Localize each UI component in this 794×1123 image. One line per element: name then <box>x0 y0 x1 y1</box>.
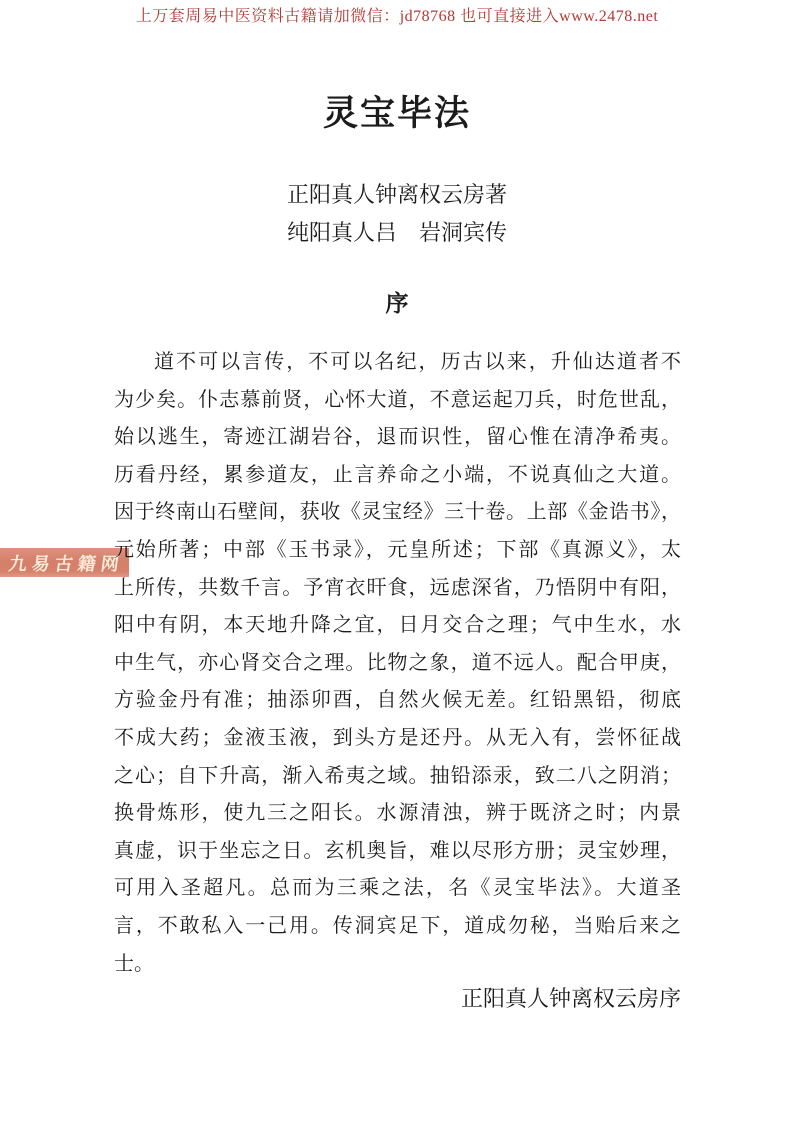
signature-line: 正阳真人钟离权云房序 <box>461 986 681 1012</box>
watermark-banner: 九易古籍网 <box>0 548 129 577</box>
body-text-line: 真虚，识于坐忘之日。玄机奥旨，难以尽形方册；灵宝妙理， <box>114 833 681 871</box>
body-text-line: 言，不敢私入一己用。传洞宾足下，道成勿秘，当贻后来之 <box>114 908 681 946</box>
byline-author: 正阳真人钟离权云房著 <box>0 182 794 208</box>
body-text-line: 为少矣。仆志慕前贤，心怀大道，不意运起刀兵，时危世乱， <box>114 382 681 420</box>
body-text-line: 始以逃生，寄迹江湖岩谷，退而识性，留心惟在清净希夷。 <box>114 419 681 457</box>
document-page: 上万套周易中医资料古籍请加微信：jd78768 也可直接进入www.2478.n… <box>0 0 794 1123</box>
body-text-line: 不成大药；金液玉液，到头方是还丹。从无入有，尝怀征战 <box>114 720 681 758</box>
body-text-line: 中生气，亦心肾交合之理。比物之象，道不远人。配合甲庚， <box>114 645 681 683</box>
body-text-line: 因于终南山石壁间，获收《灵宝经》三十卷。上部《金诰书》， <box>114 494 681 532</box>
body-text-line: 元始所著；中部《玉书录》，元皇所述；下部《真源义》，太 <box>114 532 681 570</box>
body-text-line: 换骨炼形，使九三之阳长。水源清浊，辨于既济之时；内景 <box>114 795 681 833</box>
page-title: 灵宝毕法 <box>0 92 794 136</box>
body-text-line: 士。 <box>114 946 681 984</box>
body-text-line: 之心；自下升高，渐入希夷之域。抽铅添汞，致二八之阴消； <box>114 758 681 796</box>
body-text-line: 可用入圣超凡。总而为三乘之法，名《灵宝毕法》。大道圣 <box>114 870 681 908</box>
watermark-text: 九易古籍网 <box>3 550 126 576</box>
body-text-line: 上所传，共数千言。予宵衣旰食，远虑深省，乃悟阴中有阳， <box>114 570 681 608</box>
body-text-line: 阳中有阴，本天地升降之宜，日月交合之理；气中生水，水 <box>114 607 681 645</box>
body-text-line: 方验金丹有准；抽添卯酉，自然火候无差。红铅黑铅，彻底 <box>114 682 681 720</box>
header-notice: 上万套周易中医资料古籍请加微信：jd78768 也可直接进入www.2478.n… <box>0 6 794 28</box>
section-heading: 序 <box>0 290 794 318</box>
body-text-line: 道不可以言传，不可以名纪，历古以来，升仙达道者不 <box>114 344 681 382</box>
byline-transmitter: 纯阳真人吕 岩洞宾传 <box>0 220 794 246</box>
body-text-line: 历看丹经，累参道友，止言养命之小端，不说真仙之大道。 <box>114 457 681 495</box>
body-text: 道不可以言传，不可以名纪，历古以来，升仙达道者不为少矣。仆志慕前贤，心怀大道，不… <box>114 344 681 983</box>
